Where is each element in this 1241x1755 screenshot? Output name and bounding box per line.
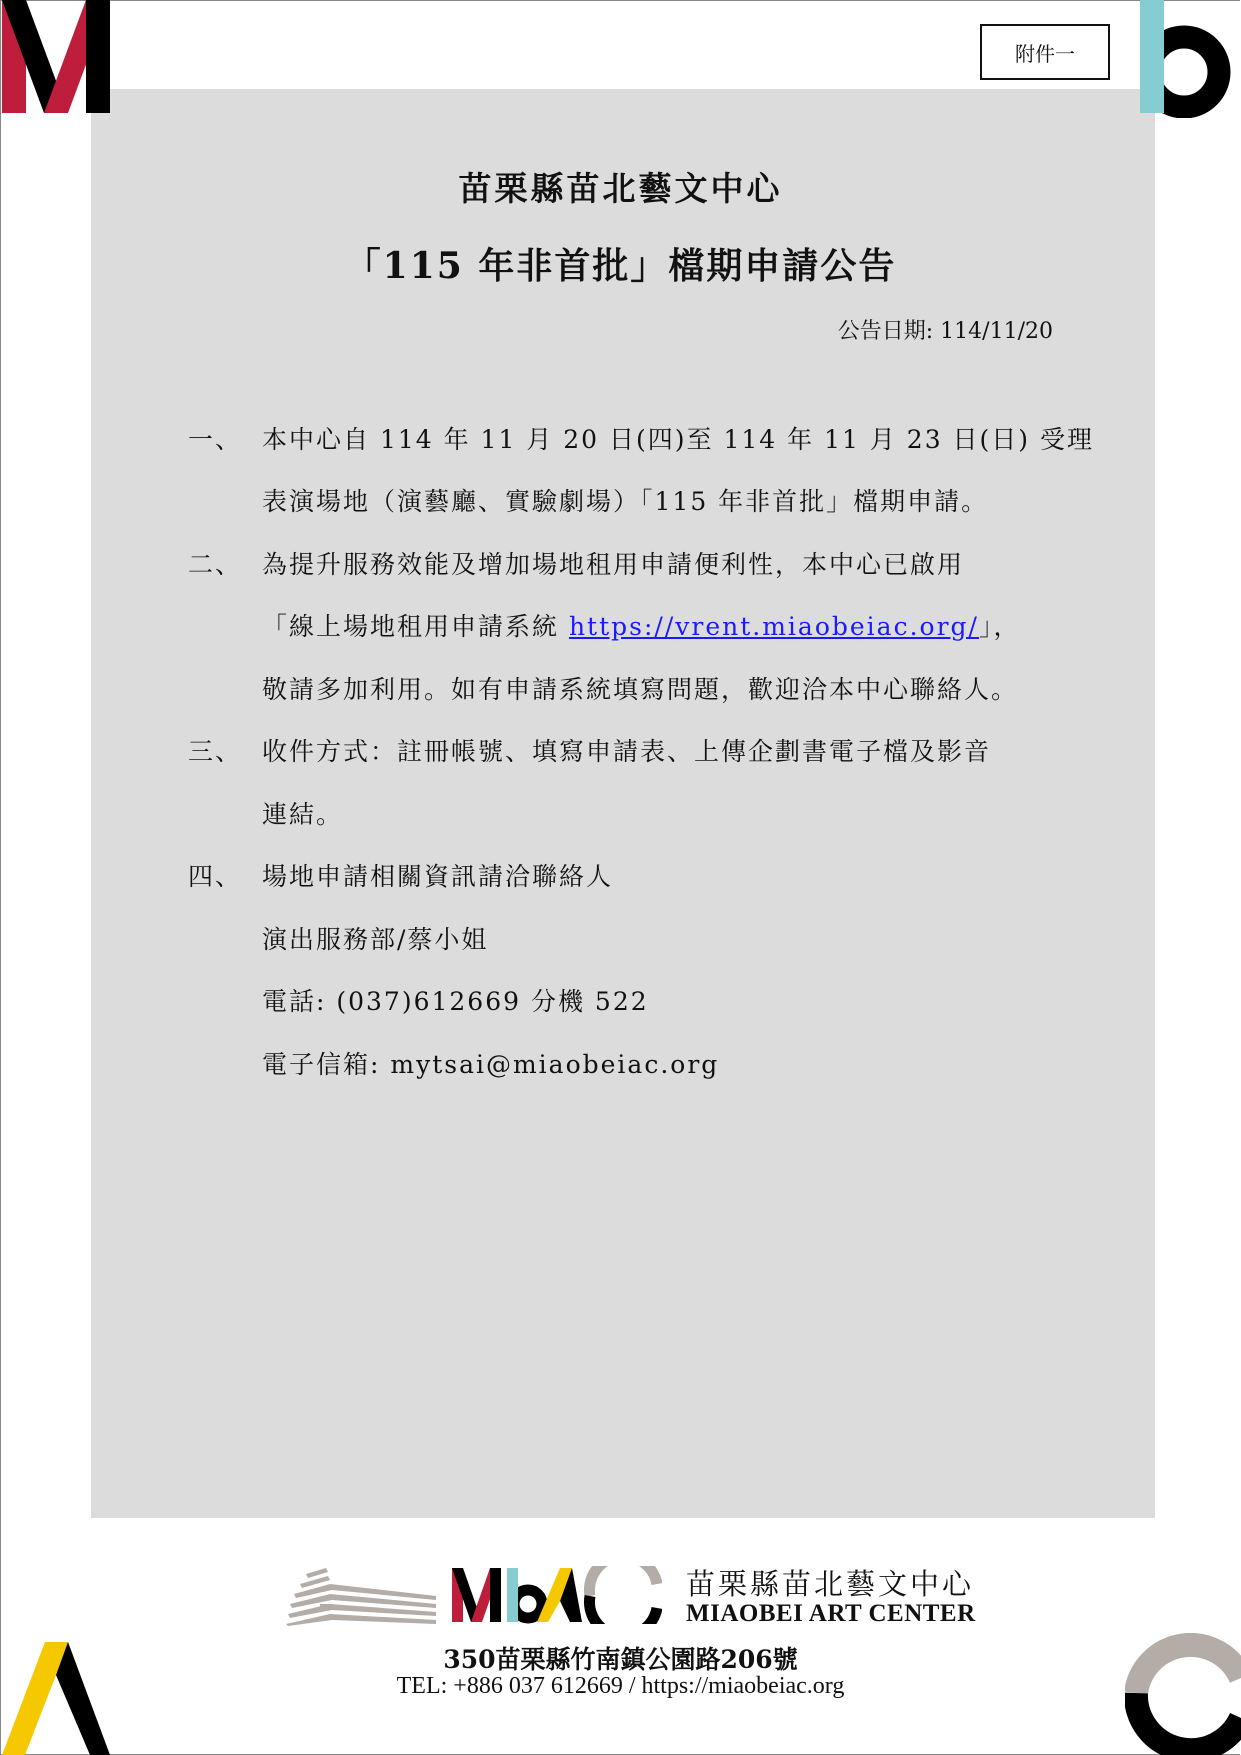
contact-department: 演出服務部/蔡小姐: [262, 920, 488, 956]
item-number: 一、: [188, 420, 242, 456]
content-panel: [91, 89, 1155, 1518]
item-text: 連結。: [262, 795, 343, 831]
item-number: 二、: [188, 545, 242, 581]
building-logo-icon: [286, 1566, 436, 1626]
item-text: 本中心自 114 年 11 月 20 日(四)至 114 年 11 月 23 日…: [262, 420, 1094, 456]
item-number: 四、: [188, 857, 242, 893]
item-text: 敬請多加利用。如有申請系統填寫問題，歡迎洽本中心聯絡人。: [262, 670, 1018, 706]
item-text: 」，: [979, 612, 1021, 641]
item-number: 三、: [188, 732, 242, 768]
item-text: 為提升服務效能及增加場地租用申請便利性，本中心已啟用: [262, 545, 964, 581]
footer-org-name-cn: 苗栗縣苗北藝文中心: [686, 1562, 974, 1603]
footer-contact: TEL: +886 037 612669 / https://miaobeiac…: [0, 1673, 1241, 1700]
logo-m-corner-icon: [2, 0, 110, 113]
item-text-with-link: 「線上場地租用申請系統 https://vrent.miaobeiac.org/…: [262, 607, 1020, 643]
item-text: 「線上場地租用申請系統: [262, 612, 569, 641]
notice-title: 「115 年非首批」檔期申請公告: [0, 238, 1241, 289]
org-title: 苗栗縣苗北藝文中心: [0, 163, 1241, 210]
mbac-logo: [452, 1566, 662, 1624]
footer-address: 350苗栗縣竹南鎮公園路206號: [0, 1640, 1241, 1676]
contact-email: 電子信箱: mytsai@miaobeiac.org: [262, 1045, 719, 1081]
item-text: 表演場地（演藝廳、實驗劇場）「115 年非首批」檔期申請。: [262, 482, 988, 518]
logo-b-corner-icon: [1140, 0, 1241, 118]
footer-org-name-en: MIAOBEI ART CENTER: [686, 1600, 976, 1628]
attachment-label: 附件一: [980, 24, 1110, 80]
item-text: 場地申請相關資訊請洽聯絡人: [262, 857, 613, 893]
vrent-link[interactable]: https://vrent.miaobeiac.org/: [569, 612, 979, 641]
notice-date: 公告日期: 114/11/20: [838, 314, 1053, 345]
item-text: 收件方式：註冊帳號、填寫申請表、上傳企劃書電子檔及影音: [262, 732, 991, 768]
contact-phone: 電話: (037)612669 分機 522: [262, 982, 649, 1018]
